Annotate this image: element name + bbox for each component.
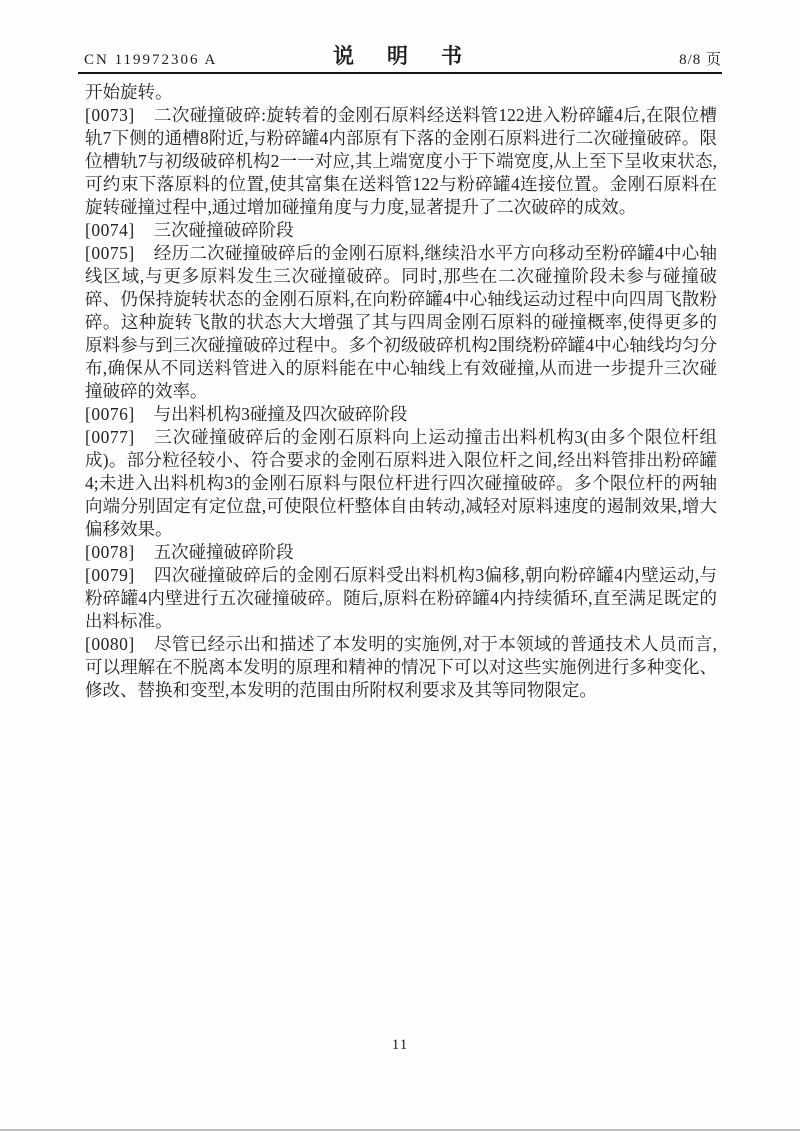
paragraph-text: 尽管已经示出和描述了本发明的实施例,对于本领域的普通技术人员而言,可以理解在不脱… [85, 634, 717, 700]
paragraph-text: 二次碰撞破碎:旋转着的金刚石原料经送料管122进入粉碎罐4后,在限位槽轨7下侧的… [85, 105, 717, 217]
paragraph-text: 经历二次碰撞破碎后的金刚石原料,继续沿水平方向移动至粉碎罐4中心轴线区域,与更多… [85, 243, 717, 401]
paragraph-text: 开始旋转。 [85, 82, 173, 102]
paragraphs: 开始旋转。[0073]二次碰撞破碎:旋转着的金刚石原料经送料管122进入粉碎罐4… [85, 81, 717, 702]
document-number: CN 119972306 A [84, 52, 217, 69]
paragraph-text: 三次碰撞破碎阶段 [154, 220, 294, 240]
paragraph-number: [0075] [85, 242, 135, 265]
paragraph: [0079]四次碰撞破碎后的金刚石原料受出料机构3偏移,朝向粉碎罐4内壁运动,与… [85, 564, 717, 633]
paragraph-number: [0079] [85, 564, 135, 587]
paragraph-number: [0080] [85, 633, 135, 656]
paragraph: [0074]三次碰撞破碎阶段 [85, 219, 717, 242]
page-number: 11 [0, 1037, 800, 1054]
paragraph-number: [0074] [85, 219, 135, 242]
paragraph: [0077]三次碰撞破碎后的金刚石原料向上运动撞击出料机构3(由多个限位杆组成)… [85, 426, 717, 541]
paragraph: [0073]二次碰撞破碎:旋转着的金刚石原料经送料管122进入粉碎罐4后,在限位… [85, 104, 717, 219]
page-header: CN 119972306 A 说 明 书 8/8 页 [79, 42, 722, 72]
paragraph-text: 五次碰撞破碎阶段 [154, 542, 294, 562]
paragraph-number: [0077] [85, 426, 135, 449]
paragraph-text: 与出料机构3碰撞及四次破碎阶段 [154, 404, 408, 424]
paragraph-text: 三次碰撞破碎后的金刚石原料向上运动撞击出料机构3(由多个限位杆组成)。部分粒径较… [85, 427, 717, 539]
paragraph-number: [0076] [85, 403, 135, 426]
document-title: 说 明 书 [333, 40, 468, 70]
header-divider [78, 72, 722, 74]
paragraph-text: 四次碰撞破碎后的金刚石原料受出料机构3偏移,朝向粉碎罐4内壁运动,与粉碎罐4内壁… [85, 565, 717, 631]
paragraph-number: [0078] [85, 541, 135, 564]
paragraph: [0075]经历二次碰撞破碎后的金刚石原料,继续沿水平方向移动至粉碎罐4中心轴线… [85, 242, 717, 403]
paragraph: [0080]尽管已经示出和描述了本发明的实施例,对于本领域的普通技术人员而言,可… [85, 633, 717, 702]
paragraph: [0078]五次碰撞破碎阶段 [85, 541, 717, 564]
paragraph: [0076]与出料机构3碰撞及四次破碎阶段 [85, 403, 717, 426]
patent-description-page: CN 119972306 A 说 明 书 8/8 页 开始旋转。[0073]二次… [0, 0, 800, 1131]
paragraph-number: [0073] [85, 104, 135, 127]
paragraph: 开始旋转。 [85, 81, 717, 104]
sheet-page-indicator: 8/8 页 [679, 48, 722, 69]
